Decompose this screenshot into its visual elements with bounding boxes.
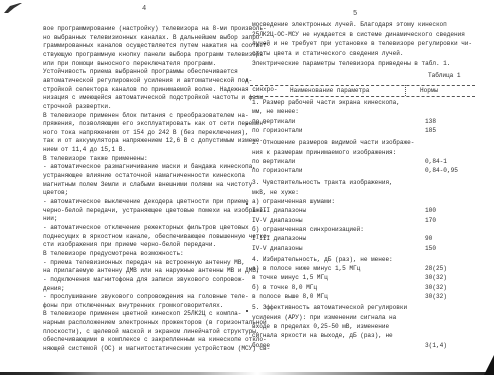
parameter-name: в полосе выше 8,0 МГц (252, 292, 328, 302)
table-header-param: Наименование параметра (290, 86, 369, 96)
page-number-left: 4 (142, 5, 146, 13)
text-line: Электрические параметры телевизора приве… (252, 59, 450, 69)
parameter-name: сигнала яркости на выходе, дБ (раз), не (252, 331, 393, 341)
text-line: черно-белой передачи, устраняющее цветов… (43, 206, 267, 216)
margin-mark (246, 79, 248, 81)
parameter-norm: 30(32) (425, 292, 447, 302)
parameter-norm: 185 (425, 126, 436, 136)
parameter-norm: 0,84-0,95 (425, 166, 458, 176)
margin-mark (246, 310, 248, 312)
text-line: мосведение электронных лучей. Благодаря … (252, 20, 447, 30)
parameter-name: по горизонтали (252, 166, 303, 176)
text-line: - подключения магнитофона для записи зву… (43, 275, 245, 285)
parameter-norm: 150 (425, 244, 436, 254)
parameter-name: IV-V диапазоны (252, 244, 303, 254)
margin-mark (246, 203, 248, 205)
text-line: стоты цвета и статического сведения луче… (252, 49, 404, 59)
text-line: няющей системой (ОС) и магнитостатически… (43, 344, 270, 354)
text-line: магнитным полем Земли и слабыми внешними… (43, 180, 252, 190)
parameter-name: более (252, 341, 270, 351)
table-caption: Таблица 1 (428, 71, 460, 81)
parameter-norm: 170 (425, 216, 436, 226)
table-header-norm: Нормы (420, 86, 438, 96)
text-line: 25ЛК2Ц-ОС-МСУ не нуждается в системе дин… (252, 30, 465, 40)
text-line: лучей и не требует при установке в телев… (252, 39, 472, 49)
margin-mark (246, 123, 248, 125)
parameter-name: по горизонтали (252, 126, 303, 136)
scan-corner-fold (484, 355, 494, 375)
parameter-norm: 3(1,4) (425, 341, 447, 351)
scan-corner-mark (0, 0, 22, 10)
table-header-separator (405, 85, 406, 96)
page-number-right: 5 (353, 10, 357, 18)
table-header-rule (250, 96, 475, 97)
